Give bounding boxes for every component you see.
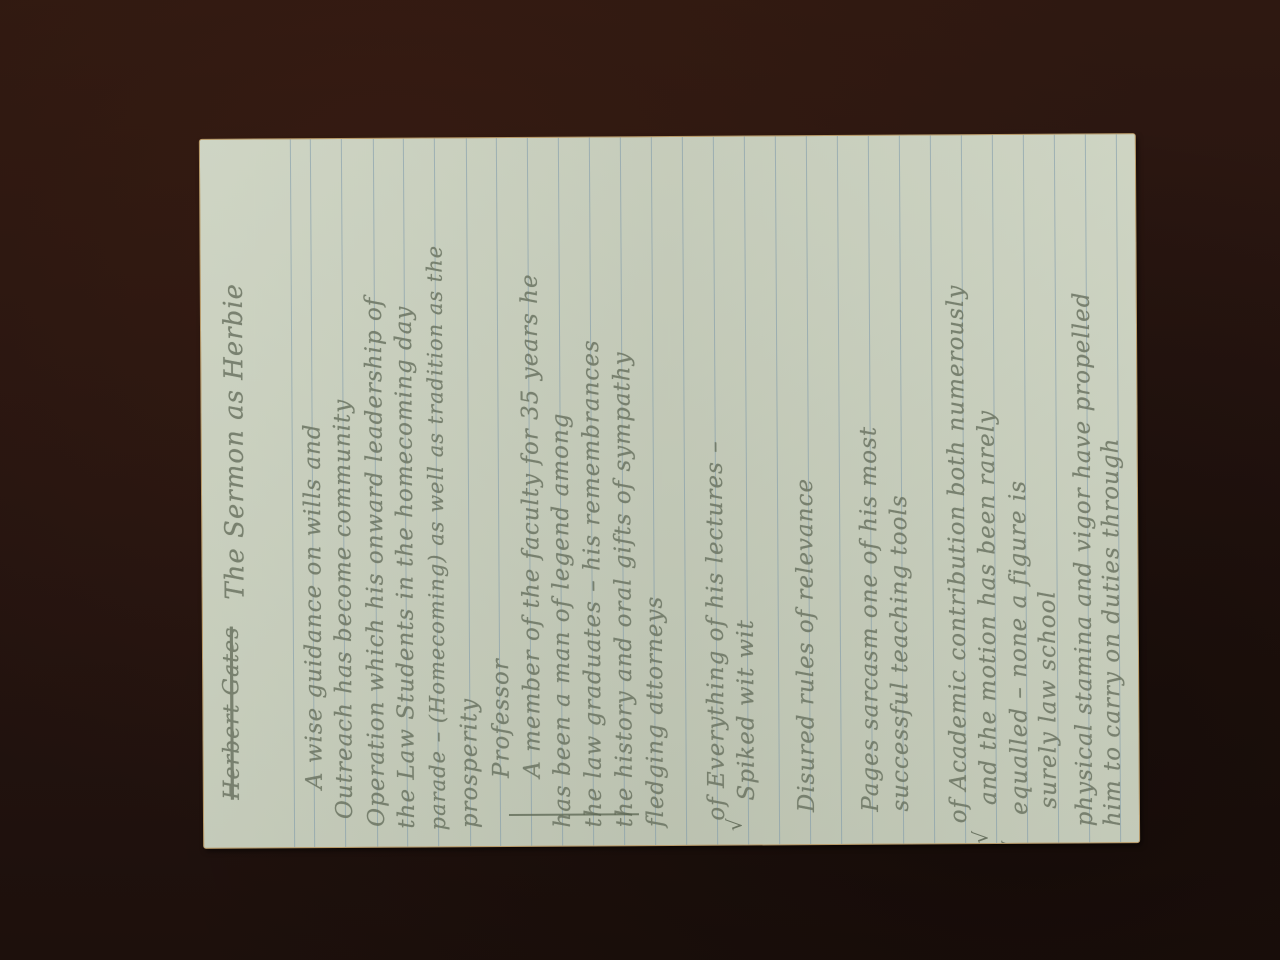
ruled-line xyxy=(775,136,780,844)
handwritten-line: the history and oral gifts of sympathy xyxy=(609,351,638,827)
handwritten-line: has been a man of legend among xyxy=(548,412,577,827)
handwritten-line: A wise guidance on wills and xyxy=(300,423,328,789)
handwritten-line: the law graduates – his remembrances xyxy=(578,339,607,827)
handwritten-line: physical stamina and vigor have propelle… xyxy=(1069,292,1098,827)
handwritten-line: Professor xyxy=(488,658,515,778)
handwritten-line: Operation which his onward leadership of xyxy=(361,297,390,827)
handwritten-line: and the motion has been rarely xyxy=(974,410,1002,805)
handwritten-line: A member of the faculty for 35 years he xyxy=(517,273,546,778)
handwritten-line: of Academic contribution both numerously xyxy=(943,285,972,824)
document-title: The Sermon as Herbie xyxy=(219,283,251,600)
handwritten-line: equalled – none a figure is xyxy=(1005,480,1033,815)
desk-surface: Herbert Gates The Sermon as Herbie A wis… xyxy=(0,0,1280,960)
handwritten-line: parade – (Homecoming) as well as traditi… xyxy=(422,245,450,831)
handwritten-line: Pages sarcasm one of his most xyxy=(856,426,884,812)
handwritten-line: the Law Students in the homecoming day xyxy=(391,306,420,829)
checkmark-icon: √ xyxy=(968,831,992,844)
checkmark-icon: √ xyxy=(722,818,746,831)
handwritten-line: Spiked wit wit xyxy=(733,619,760,800)
ruled-line xyxy=(837,136,842,844)
handwritten-line: him to carry on duties through xyxy=(1098,438,1126,827)
checkmark-icon: √ xyxy=(999,840,1023,847)
ruled-paper-sheet: Herbert Gates The Sermon as Herbie A wis… xyxy=(200,134,1139,848)
handwritten-line: Disured rules of relevance xyxy=(792,478,820,812)
handwritten-line: surely law school xyxy=(1035,590,1062,809)
ruled-line xyxy=(290,139,295,847)
handwritten-line: successful teaching tools xyxy=(886,494,914,811)
ruled-line xyxy=(682,137,687,845)
handwritten-line: of Everything of his lectures – xyxy=(702,440,730,821)
handwritten-line: prosperity xyxy=(456,698,483,828)
handwritten-line: fledging attorneys xyxy=(642,596,669,828)
struck-out-heading-word: Herbert Gates xyxy=(219,630,245,800)
ruled-line xyxy=(930,135,935,843)
handwritten-line: Outreach has become community xyxy=(329,399,358,819)
